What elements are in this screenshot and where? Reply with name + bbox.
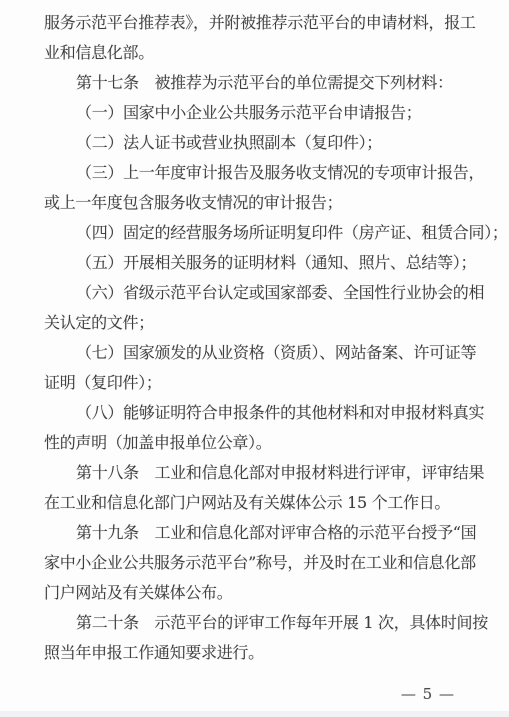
document-line: 或上一年度包含服务收支情况的审计报告；	[44, 188, 485, 218]
document-line: 关认定的文件；	[44, 308, 485, 338]
document-line-article-19: 第十九条 工业和信息化部对评审合格的示范平台授予“国	[44, 518, 485, 548]
document-body: 服务示范平台推荐表》，并附被推荐示范平台的申请材料，报工 业和信息化部。 第十七…	[44, 8, 485, 668]
document-line: 家中小企业公共服务示范平台”称号，并及时在工业和信息化部	[44, 548, 485, 578]
document-line-item-6: （六）省级示范平台认定或国家部委、全国性行业协会的相	[44, 278, 485, 308]
page-bottom-edge	[0, 711, 509, 717]
document-line-item-1: （一）国家中小企业公共服务示范平台申请报告；	[44, 98, 485, 128]
document-line-item-7: （七）国家颁发的从业资格（资质）、网站备案、许可证等	[44, 338, 485, 368]
document-line-item-4: （四）固定的经营服务场所证明复印件（房产证、租赁合同）；	[44, 218, 485, 248]
document-page: 服务示范平台推荐表》，并附被推荐示范平台的申请材料，报工 业和信息化部。 第十七…	[0, 0, 509, 717]
document-line-item-3: （三）上一年度审计报告及服务收支情况的专项审计报告，	[44, 158, 485, 188]
document-line-item-2: （二）法人证书或营业执照副本（复印件）；	[44, 128, 485, 158]
document-line-article-17: 第十七条 被推荐为示范平台的单位需提交下列材料：	[44, 68, 485, 98]
document-line-item-5: （五）开展相关服务的证明材料（通知、照片、总结等）；	[44, 248, 485, 278]
document-line: 证明（复印件）；	[44, 368, 485, 398]
document-line-article-18: 第十八条 工业和信息化部对申报材料进行评审，评审结果	[44, 458, 485, 488]
document-line: 在工业和信息化部门户网站及有关媒体公示 15 个工作日。	[44, 488, 485, 518]
document-line-item-8: （八）能够证明符合申报条件的其他材料和对申报材料真实	[44, 398, 485, 428]
document-line: 性的声明（加盖申报单位公章）。	[44, 428, 485, 458]
document-line: 服务示范平台推荐表》，并附被推荐示范平台的申请材料，报工	[44, 8, 485, 38]
document-line: 业和信息化部。	[44, 38, 485, 68]
document-line-article-20: 第二十条 示范平台的评审工作每年开展 1 次，具体时间按	[44, 608, 485, 638]
page-number: — 5 —	[401, 684, 455, 704]
document-line: 照当年申报工作通知要求进行。	[44, 638, 485, 668]
document-line: 门户网站及有关媒体公布。	[44, 578, 485, 608]
